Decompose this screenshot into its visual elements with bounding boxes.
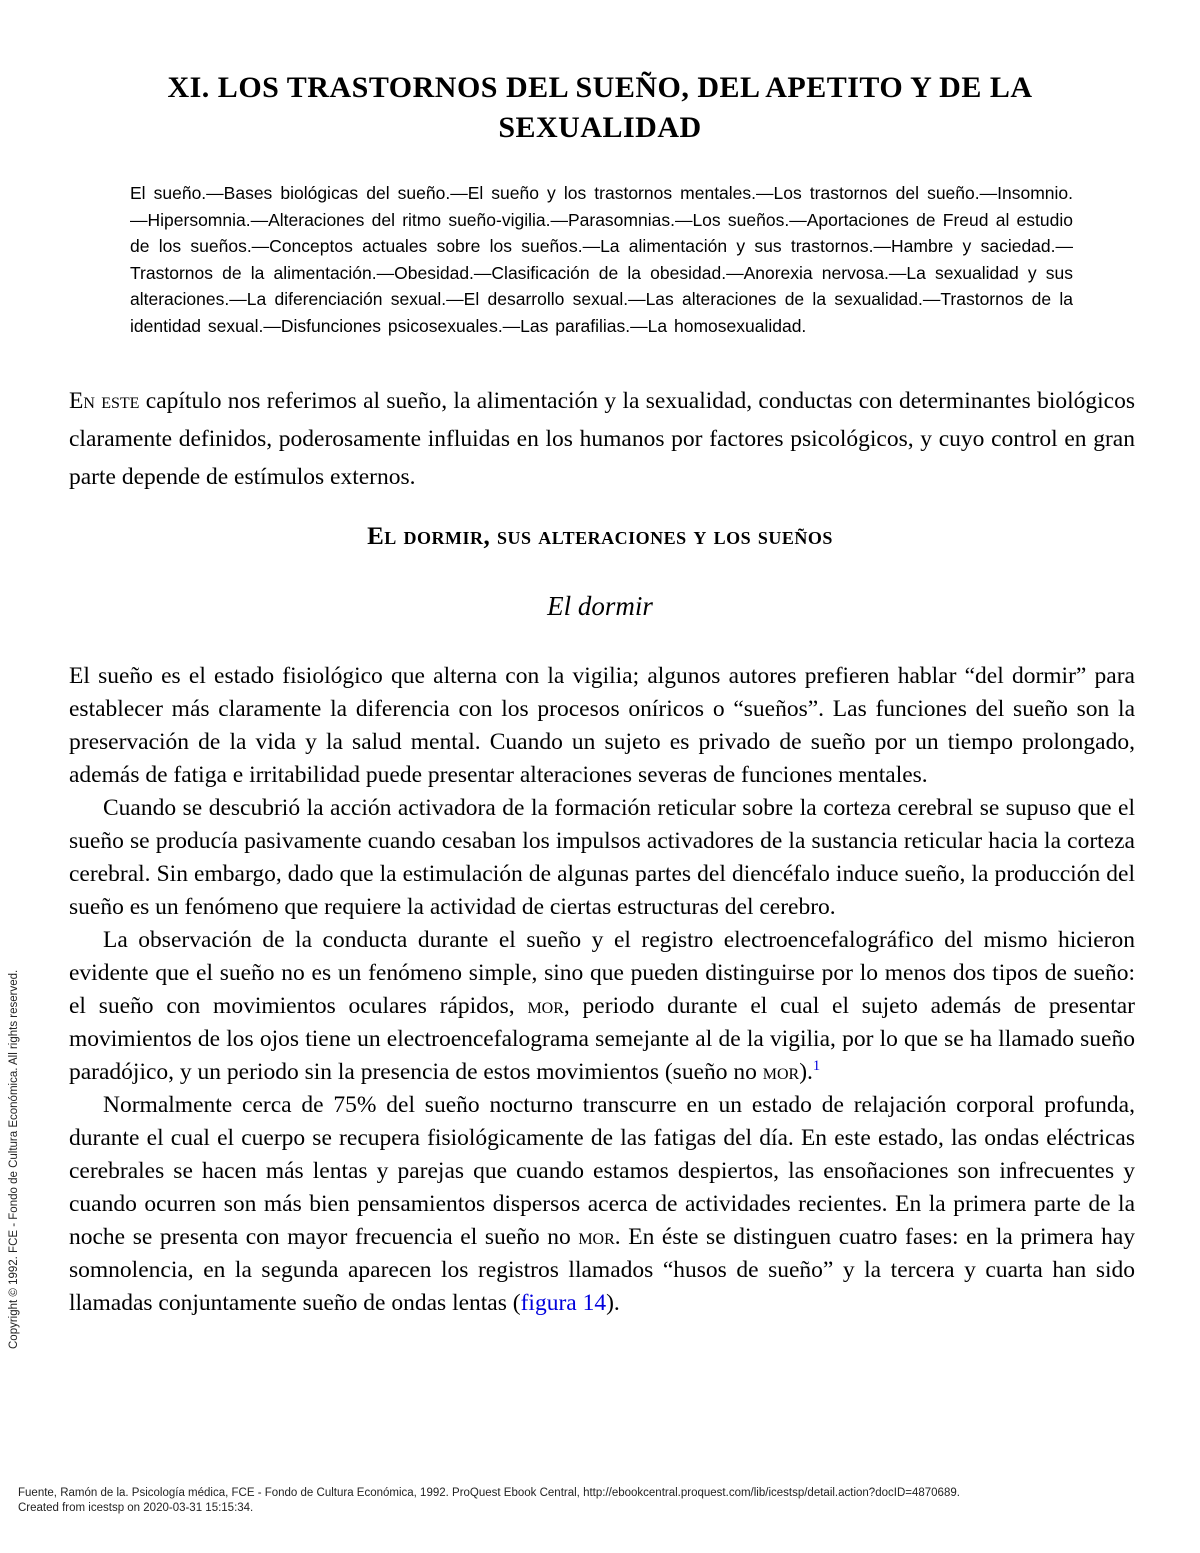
footer-created-line: Created from icestsp on 2020-03-31 15:15… — [18, 1501, 960, 1516]
text-segment: mor — [578, 1224, 614, 1250]
text-segment: mor — [527, 993, 563, 1019]
ebook-page: Copyright © 1992. FCE - Fondo de Cultura… — [0, 0, 1200, 1553]
copyright-sidebar-text: Copyright © 1992. FCE - Fondo de Cultura… — [8, 979, 20, 1349]
text-segment: mor — [763, 1059, 799, 1085]
footer-citation-line: Fuente, Ramón de la. Psicología médica, … — [18, 1486, 960, 1501]
footnote-reference-link[interactable]: 1 — [813, 1058, 820, 1074]
body-paragraph: La observación de la conducta durante el… — [69, 924, 1135, 1089]
text-segment: capítulo nos referimos al sueño, la alim… — [69, 388, 1135, 490]
intro-paragraph: En este capítulo nos referimos al sueño,… — [69, 382, 1135, 496]
body-paragraph: Normalmente cerca de 75% del sueño noctu… — [69, 1089, 1135, 1320]
body-paragraphs: El sueño es el estado fisiológico que al… — [69, 660, 1135, 1320]
section-heading: El dormir, sus alteraciones y los sueños — [0, 523, 1200, 551]
subsection-heading: El dormir — [0, 591, 1200, 622]
text-segment: ). — [799, 1059, 813, 1085]
chapter-summary: El sueño.—Bases biológicas del sueño.—El… — [130, 180, 1073, 339]
body-paragraph: El sueño es el estado fisiológico que al… — [69, 660, 1135, 792]
body-paragraph: Cuando se descubrió la acción activadora… — [69, 792, 1135, 924]
text-segment: ). — [606, 1290, 620, 1316]
text-segment: Cuando se descubrió la acción activadora… — [69, 795, 1135, 920]
text-segment: El sueño es el estado fisiológico que al… — [69, 663, 1135, 788]
chapter-title: XI. LOS TRASTORNOS DEL SUEÑO, DEL APETIT… — [120, 68, 1080, 148]
figure-reference-link[interactable]: figura 14 — [521, 1290, 607, 1316]
page-footer: Fuente, Ramón de la. Psicología médica, … — [18, 1486, 960, 1516]
text-segment: En este — [69, 388, 139, 414]
